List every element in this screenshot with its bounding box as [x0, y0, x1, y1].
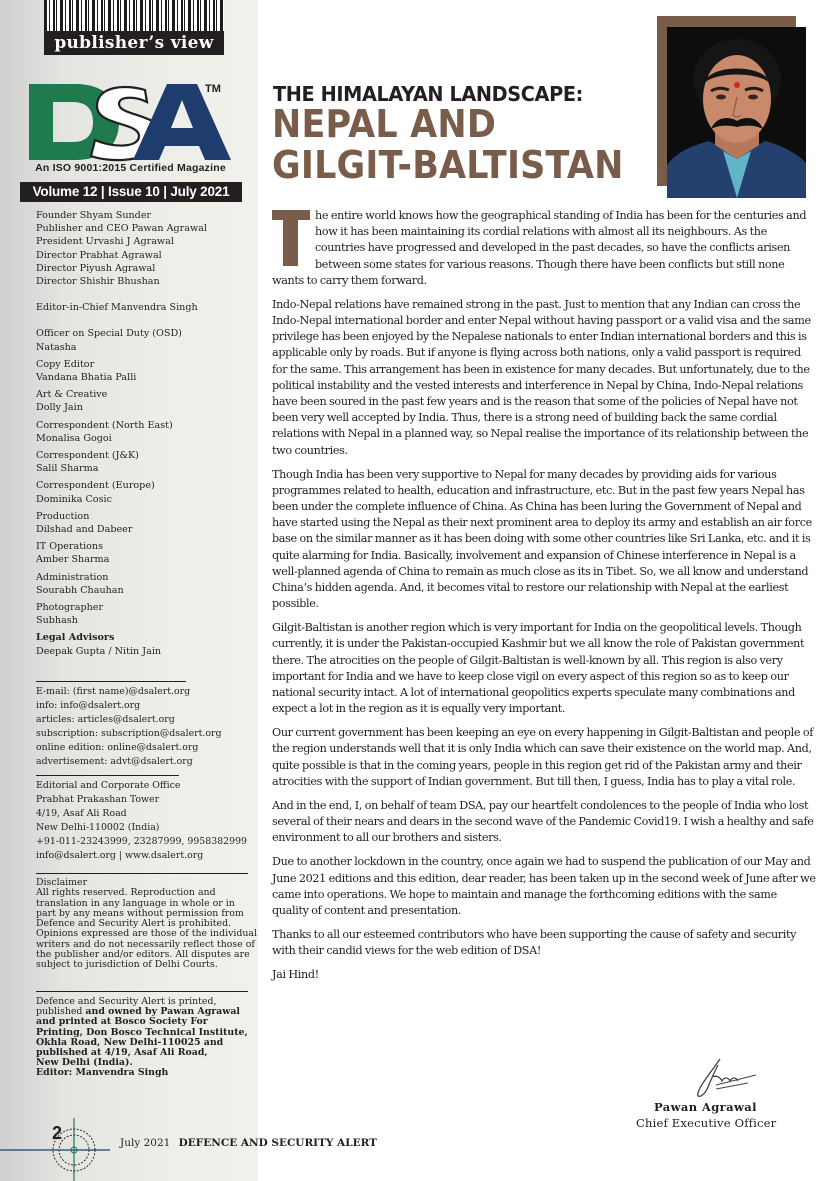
- staff-role: Photographer: [36, 601, 254, 614]
- divider: [36, 873, 248, 874]
- staff-entry: Correspondent (North East) Monalisa Gogo…: [36, 419, 254, 445]
- staff-entry: IT Operations Amber Sharma: [36, 540, 254, 566]
- page-number: 2: [52, 1123, 62, 1144]
- staff-role: IT Operations: [36, 540, 254, 553]
- staff-entry: Correspondent (Europe) Dominika Cosic: [36, 479, 254, 505]
- lead-paragraph: T he entire world knows how the geograph…: [272, 208, 816, 289]
- certification-tagline: An ISO 9001:2015 Certified Magazine: [18, 162, 243, 174]
- sign-off: Jai Hind!: [272, 967, 816, 983]
- footer-date: July 2021: [120, 1137, 170, 1149]
- staff-name: Vandana Bhatia Palli: [36, 371, 254, 384]
- staff-role: Correspondent (Europe): [36, 479, 254, 492]
- email-line[interactable]: advertisement: advt@dsalert.org: [36, 755, 251, 769]
- staff-entry: Administration Sourabh Chauhan: [36, 571, 254, 597]
- barcode-graphic: [44, 0, 224, 33]
- credit-line: Director Shishir Bhushan: [36, 275, 254, 288]
- email-line: E-mail: (first name)@dsalert.org: [36, 685, 251, 699]
- author-name: Pawan Agrawal: [654, 1100, 757, 1114]
- staff-entry: Production Dilshad and Dabeer: [36, 510, 254, 536]
- masthead-credits: Founder Shyam Sunder Publisher and CEO P…: [36, 209, 254, 658]
- staff-role: Copy Editor: [36, 358, 254, 371]
- imprint-text: Editor: Manvendra Singh: [36, 1068, 251, 1078]
- staff-name: Dilshad and Dabeer: [36, 523, 254, 536]
- staff-name: Dominika Cosic: [36, 493, 254, 506]
- staff-entry: Photographer Subhash: [36, 601, 254, 627]
- email-line[interactable]: info: info@dsalert.org: [36, 699, 251, 713]
- signature-icon: [690, 1055, 760, 1101]
- svg-text:TM: TM: [205, 83, 221, 95]
- staff-entry: Copy Editor Vandana Bhatia Palli: [36, 358, 254, 384]
- dsa-logo: TM: [27, 82, 237, 162]
- divider: [36, 775, 179, 776]
- author-portrait: [667, 27, 806, 198]
- section-header: publisher’s view: [44, 0, 224, 55]
- staff-entry: Officer on Special Duty (OSD) Natasha: [36, 327, 254, 353]
- paragraph: And in the end, I, on behalf of team DSA…: [272, 798, 816, 847]
- office-line: New Delhi-110002 (India): [36, 821, 251, 835]
- staff-role: Art & Creative: [36, 388, 254, 401]
- editor-in-chief: Editor-in-Chief Manvendra Singh: [36, 301, 254, 314]
- paragraph: Though India has been very supportive to…: [272, 467, 816, 613]
- disclaimer: Disclaimer All rights reserved. Reproduc…: [36, 873, 251, 971]
- credit-line: Director Piyush Agrawal: [36, 262, 254, 275]
- drop-cap: T: [272, 210, 310, 266]
- staff-name: Dolly Jain: [36, 401, 254, 414]
- staff-name: Subhash: [36, 614, 254, 627]
- staff-role: Correspondent (North East): [36, 419, 254, 432]
- paragraph: Thanks to all our esteemed contributors …: [272, 927, 816, 959]
- staff-name: Amber Sharma: [36, 553, 254, 566]
- staff-name: Monalisa Gogoi: [36, 432, 254, 445]
- article-headline: NEPAL AND GILGIT-BALTISTAN: [272, 104, 622, 186]
- person-photo-icon: [667, 27, 806, 198]
- office-web[interactable]: info@dsalert.org | www.dsalert.org: [36, 849, 251, 863]
- dsa-logo-icon: TM: [27, 82, 237, 162]
- divider: [36, 681, 186, 682]
- paragraph: Gilgit-Baltistan is another region which…: [272, 620, 816, 717]
- email-line[interactable]: subscription: subscription@dsalert.org: [36, 727, 251, 741]
- running-footer: July 2021 DEFENCE AND SECURITY ALERT: [120, 1137, 377, 1149]
- staff-role: Administration: [36, 571, 254, 584]
- staff-entry: Art & Creative Dolly Jain: [36, 388, 254, 414]
- paragraph: Due to another lockdown in the country, …: [272, 854, 816, 919]
- headline-line: GILGIT-BALTISTAN: [272, 145, 622, 186]
- staff-role: Production: [36, 510, 254, 523]
- footer-publication: DEFENCE AND SECURITY ALERT: [179, 1137, 377, 1149]
- disclaimer-text: subject to jurisdiction of Delhi Courts.: [36, 960, 251, 970]
- staff-entry: Correspondent (J&K) Salil Sharma: [36, 449, 254, 475]
- masthead-sidebar: publisher’s view TM An ISO 9001:2015 Cer…: [0, 0, 258, 1181]
- contact-info: E-mail: (first name)@dsalert.org info: i…: [36, 681, 251, 863]
- email-line[interactable]: articles: articles@dsalert.org: [36, 713, 251, 727]
- printer-imprint: Defence and Security Alert is printed, p…: [36, 991, 251, 1079]
- author-title: Chief Executive Officer: [636, 1116, 776, 1130]
- staff-name: Salil Sharma: [36, 462, 254, 475]
- staff-name: Sourabh Chauhan: [36, 584, 254, 597]
- paragraph: Indo-Nepal relations have remained stron…: [272, 297, 816, 459]
- office-line: 4/19, Asaf Ali Road: [36, 807, 251, 821]
- credit-line: Publisher and CEO Pawan Agrawal: [36, 222, 254, 235]
- credit-line: Director Prabhat Agrawal: [36, 249, 254, 262]
- staff-role: Legal Advisors: [36, 631, 254, 644]
- credit-line: Founder Shyam Sunder: [36, 209, 254, 222]
- email-line[interactable]: online edition: online@dsalert.org: [36, 741, 251, 755]
- staff-entry: Legal Advisors Deepak Gupta / Nitin Jain: [36, 631, 254, 657]
- office-line: Editorial and Corporate Office: [36, 779, 251, 793]
- credit-line: President Urvashi J Agrawal: [36, 235, 254, 248]
- office-phone: +91-011-23243999, 23287999, 9958382999: [36, 835, 251, 849]
- article-body: T he entire world knows how the geograph…: [272, 208, 816, 991]
- divider: [36, 991, 248, 992]
- paragraph: Our current government has been keeping …: [272, 725, 816, 790]
- section-label: publisher’s view: [44, 31, 224, 55]
- staff-name: Deepak Gupta / Nitin Jain: [36, 645, 254, 658]
- headline-line: NEPAL AND: [272, 104, 622, 145]
- issue-info: Volume 12 | Issue 10 | July 2021: [20, 182, 242, 202]
- staff-role: Correspondent (J&K): [36, 449, 254, 462]
- staff-role: Officer on Special Duty (OSD): [36, 327, 254, 340]
- office-line: Prabhat Prakashan Tower: [36, 793, 251, 807]
- staff-name: Natasha: [36, 341, 254, 354]
